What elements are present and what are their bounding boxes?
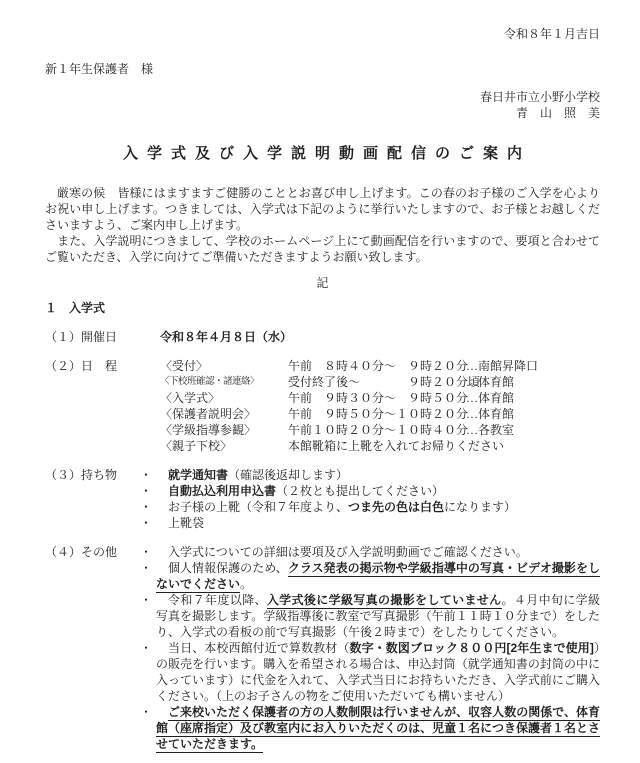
text-run: つま先の色は白色	[348, 500, 444, 514]
bullet-dot-icon: ・	[132, 467, 156, 483]
bullet-item: ・個人情報保護のため、クラス発表の掲示物や学級指導中の写真・ビデオ撮影をしないで…	[132, 560, 600, 592]
greeting-paragraph: また、入学説明につきまして、学校のホームページ上にて動画配信を行いますので、要項…	[45, 233, 600, 265]
notice-document: 令和８年１月吉日 新１年生保護者 様 春日井市立小野小学校 青 山 照 美 入学…	[0, 0, 640, 763]
bullet-text: 上靴袋	[156, 515, 600, 531]
notice-item: （１）開催日令和８年４月８日（水）	[45, 329, 600, 345]
bullet-text: 令和７年度以降、入学式後に学級写真の撮影をしていません。４月中旬に学級写真を撮影…	[156, 592, 600, 640]
bullet-item: ・ご来校いただく保護者の方の人数制限は行いませんが、収容人数の関係で、体育館（座…	[132, 704, 600, 752]
bullet-dot-icon: ・	[132, 544, 156, 560]
time-cell: 午前 ９時３０分～ ９時５０分	[288, 390, 466, 406]
text-run: 令和７年度以降、	[168, 593, 267, 607]
text-run: （確認後返却します）	[228, 468, 348, 482]
event-cell: 〈下校班確認・諸連絡〉	[160, 374, 288, 390]
time-cell: 午前 ９時５０分～１０時２０分	[288, 406, 466, 422]
time-cell: 本館靴箱に上靴を入れてお帰りください	[288, 438, 466, 454]
schedule-row: 〈親子下校〉本館靴箱に上靴を入れてお帰りください	[160, 438, 600, 454]
event-cell: 〈親子下校〉	[160, 438, 288, 454]
text-run: お子様の上靴（令和７年度より、	[168, 500, 348, 514]
schedule-row: 〈学級指導参観〉午前１０時２０分～１０時４０分…各教室	[160, 422, 600, 438]
notice-item: （４）その他・入学式についての詳細は要項及び入学説明動画でご確認ください。・個人…	[45, 544, 600, 752]
schedule-row: 〈保護者説明会〉午前 ９時５０分～１０時２０分…体育館	[160, 406, 600, 422]
sender-block: 春日井市立小野小学校 青 山 照 美	[45, 89, 600, 121]
bullet-text: 入学式についての詳細は要項及び入学説明動画でご確認ください。	[156, 544, 600, 560]
bullet-dot-icon: ・	[132, 560, 156, 592]
text-run: ご来校いただく保護者の方の人数制限は行いませんが、収容人数の関係で、体育館（座席…	[156, 705, 600, 753]
text-run: 就学通知書	[168, 468, 228, 482]
bullet-text: 就学通知書（確認後返却します）	[156, 467, 600, 483]
issue-date: 令和８年１月吉日	[45, 26, 600, 42]
text-run: 入学式後に学級写真の撮影をしていません	[267, 593, 502, 609]
location-cell: …各教室	[466, 422, 600, 438]
greeting-paragraph: 厳寒の候 皆様にはますますご健勝のこととお喜び申し上げます。この春のお子様のご入…	[45, 185, 600, 233]
text-run: （２枚とも提出してください）	[276, 484, 444, 498]
bullet-item: ・自動払込利用申込書（２枚とも提出してください）	[132, 483, 600, 499]
bullet-dot-icon: ・	[132, 704, 156, 752]
document-title: 入学式及び入学説明動画配信のご案内	[45, 145, 600, 163]
text-run: になります）	[444, 500, 516, 514]
schedule-row: 〈入学式〉午前 ９時３０分～ ９時５０分…体育館	[160, 390, 600, 406]
text-run: 令和８年４月８日（水）	[160, 330, 292, 344]
text-run: 個人情報保護のため、	[168, 561, 288, 575]
item-body: ・入学式についての詳細は要項及び入学説明動画でご確認ください。・個人情報保護のた…	[160, 544, 600, 752]
event-cell: 〈受付〉	[160, 358, 288, 374]
schedule-row: 〈下校班確認・諸連絡〉受付終了後～ ９時２０分頃…体育館	[160, 374, 600, 390]
item-label: （２）日 程	[45, 358, 160, 454]
text-run: 数字・数図ブロック８００円[2年生まで使用]	[349, 641, 593, 655]
text-run: 上靴袋	[168, 516, 204, 530]
recipient: 新１年生保護者 様	[45, 61, 600, 77]
greeting-paragraphs: 厳寒の候 皆様にはますますご健勝のこととお喜び申し上げます。この春のお子様のご入…	[45, 185, 600, 265]
bullet-dot-icon: ・	[132, 640, 156, 704]
schedule-row: 〈受付〉午前 ８時４０分～ ９時２０分…南館昇降口	[160, 358, 600, 374]
item-value: 令和８年４月８日（水）	[160, 329, 600, 345]
bullet-text: 個人情報保護のため、クラス発表の掲示物や学級指導中の写真・ビデオ撮影をしないでく…	[156, 560, 600, 592]
bullet-text: 自動払込利用申込書（２枚とも提出してください）	[156, 483, 600, 499]
bullet-text: お子様の上靴（令和７年度より、つま先の色は白色になります）	[156, 499, 600, 515]
text-run: 当日、本校西館付近で算数教材（	[168, 641, 349, 655]
notice-items: （１）開催日令和８年４月８日（水）（２）日 程〈受付〉午前 ８時４０分～ ９時２…	[45, 329, 600, 752]
bullet-text: ご来校いただく保護者の方の人数制限は行いませんが、収容人数の関係で、体育館（座席…	[156, 704, 600, 752]
notice-item: （２）日 程〈受付〉午前 ８時４０分～ ９時２０分…南館昇降口〈下校班確認・諸連…	[45, 358, 600, 454]
bullet-dot-icon: ・	[132, 592, 156, 640]
location-cell: …体育館	[466, 390, 600, 406]
bullet-text: 当日、本校西館付近で算数教材（数字・数図ブロック８００円[2年生まで使用]）の販…	[156, 640, 600, 704]
item-label: （１）開催日	[45, 329, 160, 345]
item-body: ・就学通知書（確認後返却します）・自動払込利用申込書（２枚とも提出してください）…	[160, 467, 600, 531]
time-cell: 午前１０時２０分～１０時４０分	[288, 422, 466, 438]
bullet-dot-icon: ・	[132, 483, 156, 499]
location-cell: …体育館	[466, 374, 600, 390]
text-run: 自動払込利用申込書	[168, 484, 276, 498]
bullet-item: ・入学式についての詳細は要項及び入学説明動画でご確認ください。	[132, 544, 600, 560]
item-body: 令和８年４月８日（水）	[160, 329, 600, 345]
bullet-item: ・令和７年度以降、入学式後に学級写真の撮影をしていません。４月中旬に学級写真を撮…	[132, 592, 600, 640]
event-cell: 〈保護者説明会〉	[160, 406, 288, 422]
sender-name: 青 山 照 美	[45, 105, 600, 121]
bullet-item: ・当日、本校西館付近で算数教材（数字・数図ブロック８００円[2年生まで使用]）の…	[132, 640, 600, 704]
item-body: 〈受付〉午前 ８時４０分～ ９時２０分…南館昇降口〈下校班確認・諸連絡〉受付終了…	[160, 358, 600, 454]
sender-school: 春日井市立小野小学校	[45, 89, 600, 105]
bullet-dot-icon: ・	[132, 515, 156, 531]
bullet-item: ・上靴袋	[132, 515, 600, 531]
text-run: 。	[240, 577, 252, 591]
section-heading: １ 入学式	[45, 300, 600, 316]
time-cell: 午前 ８時４０分～ ９時２０分	[288, 358, 466, 374]
time-cell: 受付終了後～ ９時２０分頃	[288, 374, 466, 390]
event-cell: 〈入学式〉	[160, 390, 288, 406]
location-cell	[466, 438, 600, 454]
bullet-dot-icon: ・	[132, 499, 156, 515]
location-cell: …南館昇降口	[466, 358, 600, 374]
notice-item: （３）持ち物・就学通知書（確認後返却します）・自動払込利用申込書（２枚とも提出し…	[45, 467, 600, 531]
event-cell: 〈学級指導参観〉	[160, 422, 288, 438]
record-mark: 記	[45, 275, 600, 291]
location-cell: …体育館	[466, 406, 600, 422]
bullet-item: ・お子様の上靴（令和７年度より、つま先の色は白色になります）	[132, 499, 600, 515]
bullet-item: ・就学通知書（確認後返却します）	[132, 467, 600, 483]
text-run: 入学式についての詳細は要項及び入学説明動画でご確認ください。	[168, 545, 528, 559]
